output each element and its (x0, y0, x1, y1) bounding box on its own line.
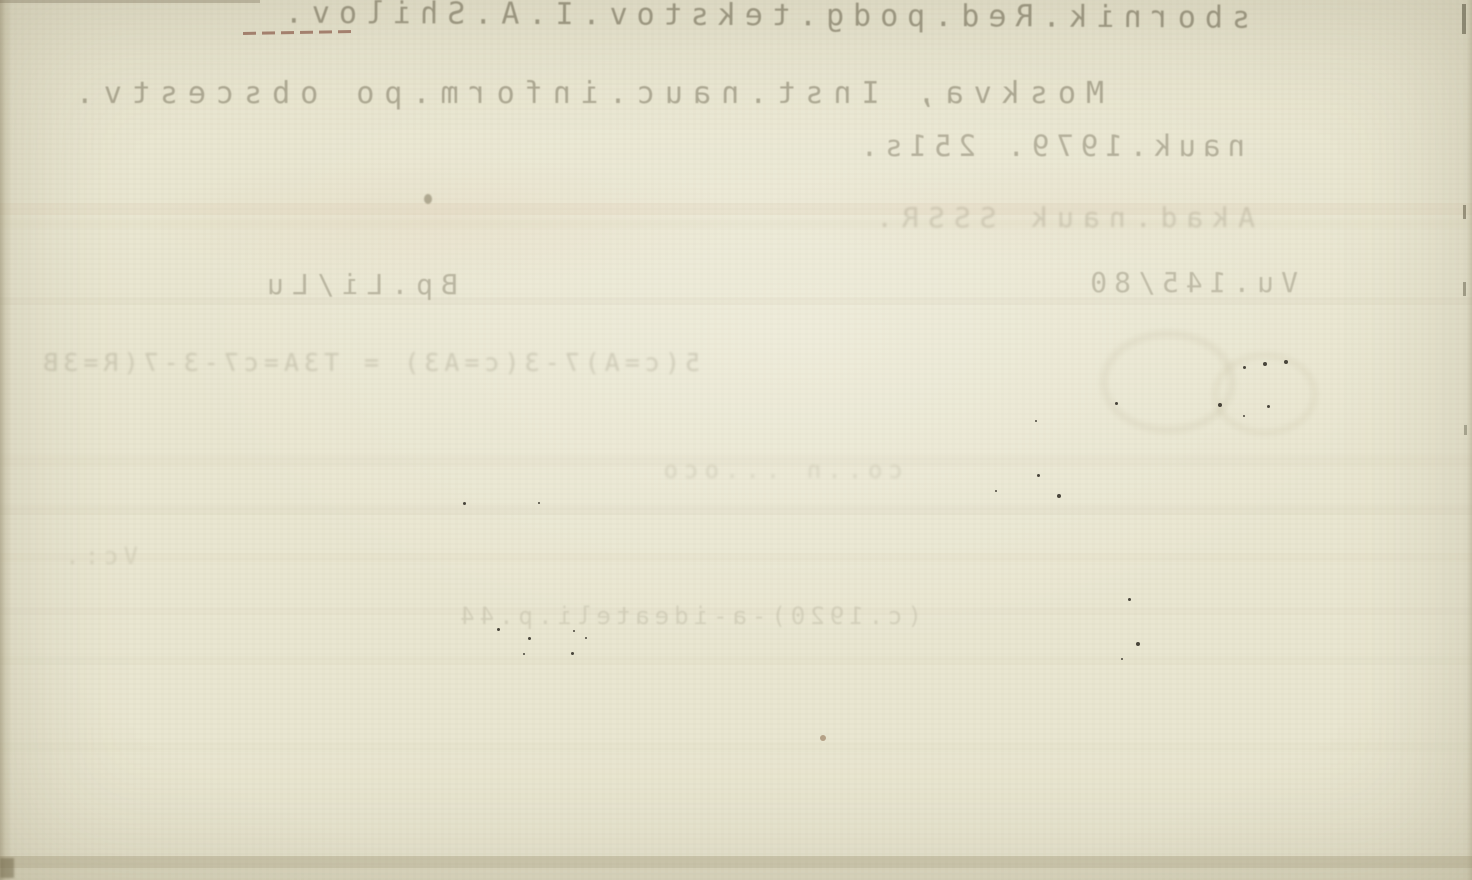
ink-speck (1128, 598, 1131, 601)
bleedthrough-title-line: sbornik.Red.podg.tekstov.I.A.Shilov. (228, 0, 1250, 34)
paper-edge-top (0, 0, 260, 3)
bleedthrough-code-left: Bp.Li/Lu (250, 270, 458, 299)
bleedthrough-publisher-line: Akad.nauk SSSR. (855, 203, 1255, 232)
paper-crease-band (0, 553, 1472, 562)
bleedthrough-faint-note-line: (c.1920)-a-ideateli.p.44 (430, 604, 922, 629)
ink-speck (1267, 405, 1270, 408)
edge-notch (1464, 425, 1467, 435)
ink-speck (1243, 415, 1245, 417)
stain-mark (424, 194, 432, 204)
ink-speck (1243, 366, 1246, 369)
bleedthrough-imprint-line1: Moskva, Inst.nauc.inform.po obscestv. (62, 78, 1104, 110)
paper-edge-bottom-band (0, 856, 1472, 868)
bleedthrough-faint-stamp-line: co..n ...oco (558, 458, 903, 483)
paper-edge-left (0, 0, 12, 880)
paper-crease-band (0, 656, 1472, 665)
scanned-card-verso: sbornik.Red.podg.tekstov.I.A.Shilov. Mos… (0, 0, 1472, 880)
edge-notch (1463, 282, 1466, 296)
bleedthrough-code-right: Vu.145/80 (1066, 268, 1298, 297)
stamp-ghost (1212, 352, 1318, 436)
ink-speck (1218, 403, 1222, 407)
ink-speck (1115, 402, 1118, 405)
paper-edge-right (1466, 0, 1472, 880)
ink-speck (573, 630, 575, 632)
paper-crease-band (0, 742, 1472, 752)
ink-speck (497, 628, 500, 631)
ink-speck (528, 637, 531, 640)
ink-speck (585, 637, 587, 639)
ink-speck (523, 653, 525, 655)
bleedthrough-imprint-line2: nauk.1979. 251s. (853, 131, 1245, 161)
ink-speck (1057, 494, 1061, 498)
paper-crease-band (0, 220, 1472, 228)
ink-speck (1121, 658, 1123, 660)
paper-crease-band (0, 203, 1472, 215)
paper-crease-band (0, 297, 1472, 305)
ink-speck (538, 502, 540, 504)
paper-crease-band (0, 455, 1472, 467)
ink-speck (1136, 642, 1140, 646)
ink-speck (1037, 474, 1040, 477)
paper-crease-band (0, 607, 1472, 615)
ink-speck (571, 652, 574, 655)
ink-speck (1284, 360, 1288, 364)
ink-speck (1263, 362, 1267, 366)
stamp-ghost (1100, 330, 1236, 434)
paper-edge-bottom-shadow (0, 868, 1472, 880)
underline-mark (243, 30, 353, 35)
stain-mark (820, 735, 826, 741)
edge-notch (1463, 205, 1466, 219)
ink-speck (1035, 420, 1037, 422)
paper-corner-mark (0, 858, 14, 878)
bleedthrough-faint-margin-mark: Vc:. (28, 544, 138, 569)
edge-notch (1462, 4, 1466, 34)
ink-speck (995, 490, 997, 492)
ink-speck (463, 502, 466, 505)
bleedthrough-classification-line: 5(c=A)7-3(c=A3) = T3A=c7-3-7(R=3B (35, 350, 700, 376)
paper-crease-band (0, 505, 1472, 515)
